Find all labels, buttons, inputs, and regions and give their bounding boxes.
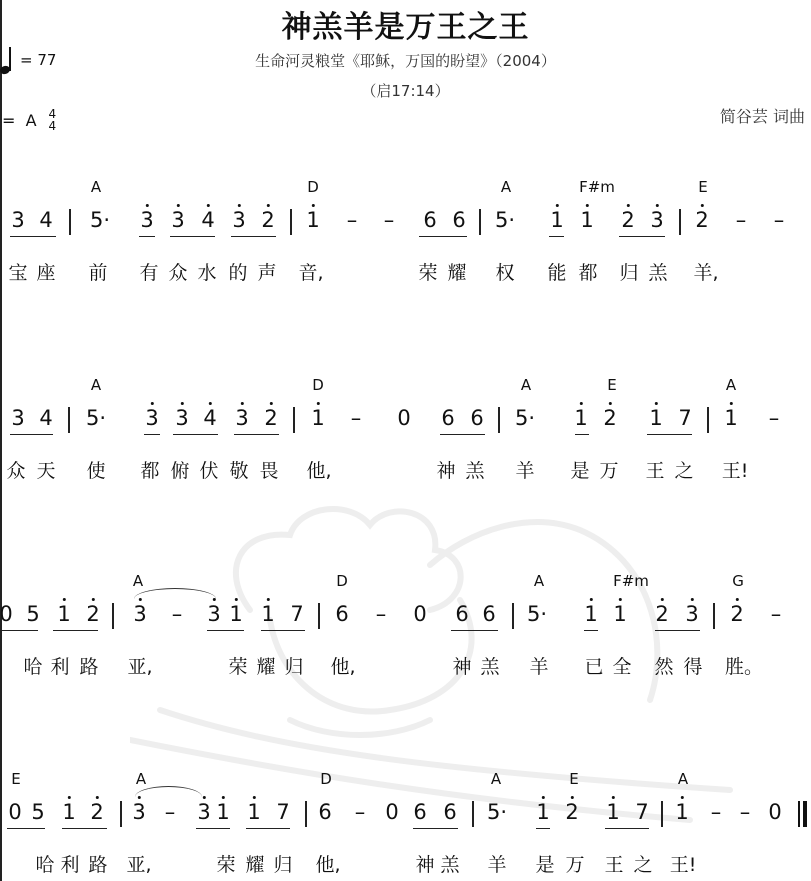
note: 3	[650, 208, 663, 232]
beam-underline	[584, 630, 598, 631]
chord-symbol: D	[320, 770, 332, 788]
octave-dot-icon	[627, 204, 630, 207]
lyric-syllable: 耀	[447, 258, 466, 285]
lyric-syllable: 能	[547, 258, 566, 285]
dash-sustain: –	[347, 208, 358, 232]
note: 5	[31, 800, 44, 824]
note: 1	[580, 208, 593, 232]
note: 5·	[495, 208, 515, 232]
lyric-syllable: 的	[228, 258, 247, 285]
dash-sustain: –	[376, 602, 387, 626]
octave-dot-icon	[612, 796, 615, 799]
note: 5·	[515, 406, 535, 430]
octave-dot-icon	[181, 402, 184, 405]
barline	[479, 209, 481, 235]
octave-dot-icon	[253, 796, 256, 799]
note: 5	[26, 602, 39, 626]
dash-sustain: –	[384, 208, 395, 232]
lyric-syllable: 然	[654, 652, 673, 679]
note: 1	[57, 602, 70, 626]
barline	[68, 407, 70, 433]
octave-dot-icon	[656, 204, 659, 207]
beam-underline	[419, 236, 467, 237]
note: 1	[261, 602, 274, 626]
note: 0	[8, 800, 21, 824]
note: 2	[621, 208, 634, 232]
dash-sustain: –	[711, 800, 722, 824]
octave-dot-icon	[580, 402, 583, 405]
note: 6	[482, 602, 495, 626]
lyric-syllable: 归	[284, 652, 303, 679]
note: 6	[413, 800, 426, 824]
lyric-syllable: 羊,	[693, 258, 718, 285]
dash-sustain: –	[771, 602, 782, 626]
beam-underline	[575, 434, 589, 435]
barline	[290, 209, 292, 235]
lyric-syllable: 宝	[8, 258, 27, 285]
octave-dot-icon	[151, 402, 154, 405]
octave-dot-icon	[96, 796, 99, 799]
note: 4	[201, 208, 214, 232]
barline	[498, 407, 500, 433]
octave-dot-icon	[590, 598, 593, 601]
note: 7	[635, 800, 648, 824]
barline	[120, 801, 122, 827]
octave-dot-icon	[203, 796, 206, 799]
lyric-syllable: 哈	[35, 850, 54, 877]
note: 1	[649, 406, 662, 430]
lyric-syllable: 荣	[216, 850, 235, 877]
octave-dot-icon	[92, 598, 95, 601]
note: 1	[724, 406, 737, 430]
note: 3	[11, 406, 24, 430]
note: 2	[261, 208, 274, 232]
score-system: ADAEA345·334321–0665·12171–众天使都俯伏敬畏他,神羔羊…	[0, 376, 811, 486]
lyric-syllable: 万	[599, 456, 618, 483]
octave-dot-icon	[68, 796, 71, 799]
octave-dot-icon	[235, 598, 238, 601]
octave-dot-icon	[701, 204, 704, 207]
note: 5·	[90, 208, 110, 232]
note: 3	[171, 208, 184, 232]
note: 4	[39, 406, 52, 430]
lyric-syllable: 羊	[529, 652, 548, 679]
octave-dot-icon	[270, 402, 273, 405]
quarter-note-icon	[0, 46, 14, 74]
note: 0	[768, 800, 781, 824]
note: 3	[133, 602, 146, 626]
chord-symbol: D	[307, 178, 319, 196]
beam-underline	[261, 630, 305, 631]
lyric-syllable: 敬	[229, 456, 248, 483]
note: 3	[232, 208, 245, 232]
lyric-syllable: 俯	[170, 456, 189, 483]
beam-underline	[655, 630, 700, 631]
lyric-syllable: 荣	[418, 258, 437, 285]
beam-underline	[549, 236, 564, 237]
beam-underline	[234, 434, 279, 435]
octave-dot-icon	[586, 204, 589, 207]
lyric-syllable: 哈	[23, 652, 42, 679]
barline	[293, 407, 295, 433]
note: 1	[311, 406, 324, 430]
note: 1	[216, 800, 229, 824]
chord-symbol: F#m	[579, 178, 615, 196]
note: 2	[695, 208, 708, 232]
note: 6	[470, 406, 483, 430]
barline	[112, 603, 114, 629]
chord-symbol: A	[726, 376, 736, 394]
lyric-syllable: 全	[612, 652, 631, 679]
note: 1	[550, 208, 563, 232]
dash-sustain: –	[351, 406, 362, 430]
lyric-syllable: 归	[619, 258, 638, 285]
note: 3	[235, 406, 248, 430]
lyric-syllable: 神	[415, 850, 434, 877]
dash-sustain: –	[769, 406, 780, 430]
note: 1	[613, 602, 626, 626]
octave-dot-icon	[222, 796, 225, 799]
lyric-syllable: 利	[50, 652, 69, 679]
octave-dot-icon	[542, 796, 545, 799]
lyric-syllable: 万	[565, 850, 584, 877]
chord-symbol: F#m	[613, 572, 649, 590]
beam-underline	[139, 236, 155, 237]
lyric-syllable: 胜。	[725, 652, 763, 679]
octave-dot-icon	[207, 204, 210, 207]
lyric-syllable: 天	[36, 456, 55, 483]
beam-underline	[207, 630, 244, 631]
song-source: 生命河灵粮堂《耶稣，万国的盼望》（2004）	[0, 50, 811, 71]
note: 6	[441, 406, 454, 430]
lyric-syllable: 荣	[228, 652, 247, 679]
beam-underline	[173, 434, 218, 435]
chord-symbol: A	[501, 178, 511, 196]
chord-symbol: A	[521, 376, 531, 394]
note: 3	[11, 208, 24, 232]
note: 6	[318, 800, 331, 824]
lyric-syllable: 都	[578, 258, 597, 285]
note: 7	[276, 800, 289, 824]
lyric-syllable: 都	[140, 456, 159, 483]
chord-symbol: G	[732, 572, 744, 590]
beam-underline	[605, 828, 649, 829]
beam-underline	[170, 236, 215, 237]
note: 6	[423, 208, 436, 232]
chord-symbol: A	[678, 770, 688, 788]
lyric-syllable: 权	[495, 258, 514, 285]
note: 2	[264, 406, 277, 430]
octave-dot-icon	[312, 204, 315, 207]
time-signature: 4 4	[49, 108, 57, 132]
barline	[305, 801, 307, 827]
lyric-syllable: 王	[645, 456, 664, 483]
score-system: ADAF#mG05123–31176–0665·11232–哈利路亚,荣耀归他,…	[0, 572, 811, 682]
barline	[318, 603, 320, 629]
lyric-syllable: 伏	[199, 456, 218, 483]
note: 3	[175, 406, 188, 430]
note: 1	[584, 602, 597, 626]
beam-underline	[440, 434, 485, 435]
lyric-syllable: 众	[6, 456, 25, 483]
dash-sustain: –	[740, 800, 751, 824]
score-system: ADAF#mE345·334321––665·11232––宝座前有众水的声音,…	[0, 178, 811, 288]
beam-underline	[10, 236, 56, 237]
note: 1	[675, 800, 688, 824]
note: 0	[0, 602, 13, 626]
note: 1	[247, 800, 260, 824]
lyric-syllable: 羔	[480, 652, 499, 679]
tempo-value: = 77	[20, 51, 56, 69]
tempo-marking: = 77	[0, 46, 56, 74]
lyric-syllable: 前	[88, 258, 107, 285]
barline	[679, 209, 681, 235]
lyric-syllable: 王	[604, 850, 623, 877]
lyric-syllable: 耀	[245, 850, 264, 877]
beam-underline	[647, 434, 692, 435]
lyric-syllable: 王!	[722, 456, 749, 483]
note: 4	[39, 208, 52, 232]
octave-dot-icon	[661, 598, 664, 601]
octave-dot-icon	[730, 402, 733, 405]
lyric-syllable: 神	[452, 652, 471, 679]
note: 1	[229, 602, 242, 626]
chord-symbol: A	[91, 376, 101, 394]
note: 2	[730, 602, 743, 626]
lyric-syllable: 水	[197, 258, 216, 285]
note: 3	[145, 406, 158, 430]
note: 6	[335, 602, 348, 626]
key-label: = A	[2, 111, 37, 130]
chord-symbol: D	[336, 572, 348, 590]
octave-dot-icon	[317, 402, 320, 405]
note: 2	[603, 406, 616, 430]
lyric-syllable: 是	[570, 456, 589, 483]
chord-symbol: A	[534, 572, 544, 590]
composer-credit: 简谷芸 词曲	[720, 104, 805, 127]
lyric-syllable: 是	[535, 850, 554, 877]
note: 6	[443, 800, 456, 824]
barline	[713, 603, 715, 629]
note: 3	[197, 800, 210, 824]
lyric-syllable: 路	[88, 850, 107, 877]
lyric-syllable: 羔	[648, 258, 667, 285]
note: 3	[132, 800, 145, 824]
beam-underline	[451, 630, 498, 631]
octave-dot-icon	[655, 402, 658, 405]
chord-symbol: E	[698, 178, 707, 196]
chord-symbol: A	[133, 572, 143, 590]
barline	[472, 801, 474, 827]
note: 2	[565, 800, 578, 824]
lyric-syllable: 利	[60, 850, 79, 877]
note: 0	[397, 406, 410, 430]
lyric-syllable: 羊	[487, 850, 506, 877]
beam-underline	[246, 828, 290, 829]
chord-symbol: A	[91, 178, 101, 196]
lyric-syllable: 羔	[465, 456, 484, 483]
note: 4	[203, 406, 216, 430]
octave-dot-icon	[177, 204, 180, 207]
note: 3	[207, 602, 220, 626]
octave-dot-icon	[241, 402, 244, 405]
beam-underline	[10, 434, 53, 435]
scripture-reference: （启17:14）	[0, 80, 811, 101]
dash-sustain: –	[165, 800, 176, 824]
lyric-syllable: 亚,	[126, 850, 151, 877]
lyric-syllable: 之	[633, 850, 652, 877]
octave-dot-icon	[238, 204, 241, 207]
lyric-syllable: 神	[436, 456, 455, 483]
chord-symbol: E	[11, 770, 20, 788]
lyric-syllable: 羔	[440, 850, 459, 877]
octave-dot-icon	[267, 598, 270, 601]
chord-symbol: E	[569, 770, 578, 788]
score-system: EADAEA05123–31176–0665·12171––0哈利路亚,荣耀归他…	[0, 770, 811, 880]
chord-symbol: A	[491, 770, 501, 788]
lyric-syllable: 已	[584, 652, 603, 679]
note: 0	[413, 602, 426, 626]
octave-dot-icon	[736, 598, 739, 601]
beam-underline	[7, 828, 45, 829]
note: 7	[678, 406, 691, 430]
lyric-syllable: 畏	[259, 456, 278, 483]
note: 3	[685, 602, 698, 626]
lyric-syllable: 音,	[298, 258, 323, 285]
note: 5·	[487, 800, 507, 824]
lyric-syllable: 耀	[256, 652, 275, 679]
octave-dot-icon	[63, 598, 66, 601]
octave-dot-icon	[556, 204, 559, 207]
note: 7	[290, 602, 303, 626]
octave-dot-icon	[209, 402, 212, 405]
barline	[707, 407, 709, 433]
lyric-syllable: 众	[168, 258, 187, 285]
octave-dot-icon	[619, 598, 622, 601]
lyric-syllable: 他,	[315, 850, 340, 877]
note: 6	[455, 602, 468, 626]
note: 2	[90, 800, 103, 824]
lyric-syllable: 之	[674, 456, 693, 483]
dash-sustain: –	[774, 208, 785, 232]
note: 1	[574, 406, 587, 430]
tie-arc	[134, 588, 216, 599]
lyric-syllable: 他,	[306, 456, 331, 483]
note: 2	[86, 602, 99, 626]
dash-sustain: –	[736, 208, 747, 232]
beam-underline	[0, 630, 38, 631]
barline	[512, 603, 514, 629]
lyric-syllable: 得	[683, 652, 702, 679]
octave-dot-icon	[691, 598, 694, 601]
octave-dot-icon	[609, 402, 612, 405]
beam-underline	[196, 828, 230, 829]
octave-dot-icon	[267, 204, 270, 207]
note: 5·	[86, 406, 106, 430]
beam-underline	[413, 828, 458, 829]
chord-symbol: E	[607, 376, 616, 394]
beam-underline	[619, 236, 665, 237]
note: 1	[306, 208, 319, 232]
chord-symbol: D	[312, 376, 324, 394]
beam-underline	[62, 828, 107, 829]
lyric-syllable: 声	[257, 258, 276, 285]
key-signature: = A 4 4	[2, 108, 56, 132]
lyric-syllable: 羊	[515, 456, 534, 483]
beam-underline	[53, 630, 98, 631]
note: 5·	[527, 602, 547, 626]
lyric-syllable: 王!	[670, 850, 697, 877]
lyric-syllable: 有	[139, 258, 158, 285]
note: 6	[452, 208, 465, 232]
song-title: 神羔羊是万王之王	[0, 2, 811, 46]
octave-dot-icon	[681, 796, 684, 799]
barline	[69, 209, 71, 235]
octave-dot-icon	[571, 796, 574, 799]
note: 3	[140, 208, 153, 232]
lyric-syllable: 亚,	[127, 652, 152, 679]
octave-dot-icon	[146, 204, 149, 207]
lyric-syllable: 路	[79, 652, 98, 679]
time-signature-bottom: 4	[49, 120, 57, 132]
lyric-syllable: 座	[36, 258, 55, 285]
lyric-syllable: 使	[86, 456, 105, 483]
lyric-syllable: 他,	[330, 652, 355, 679]
chord-symbol: A	[136, 770, 146, 788]
note: 1	[536, 800, 549, 824]
note: 1	[62, 800, 75, 824]
note: 0	[385, 800, 398, 824]
lyric-syllable: 归	[273, 850, 292, 877]
note: 1	[606, 800, 619, 824]
dash-sustain: –	[355, 800, 366, 824]
note: 2	[655, 602, 668, 626]
dash-sustain: –	[172, 602, 183, 626]
beam-underline	[231, 236, 276, 237]
beam-underline	[144, 434, 160, 435]
barline	[661, 801, 663, 827]
beam-underline	[536, 828, 550, 829]
